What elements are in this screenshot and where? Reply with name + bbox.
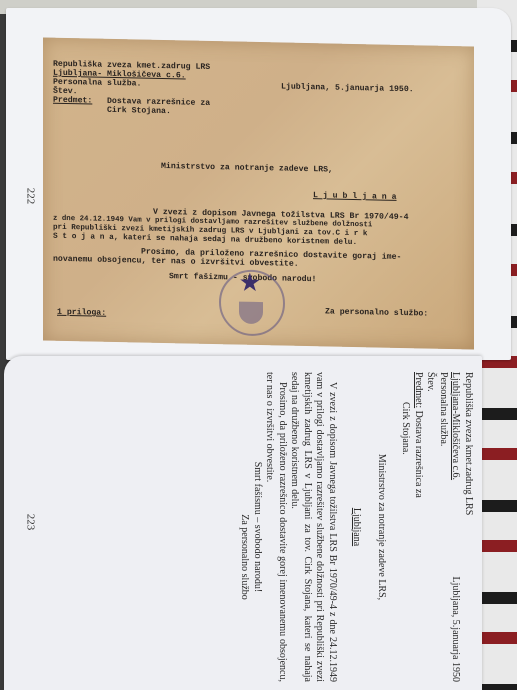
page-number: 222 <box>24 188 36 205</box>
official-stamp: ★ <box>219 269 285 336</box>
transcription: Republiška zveza kmet.zadrug LRS Ljublja… <box>154 362 474 690</box>
doc-attachment: 1 priloga: <box>57 308 106 319</box>
doc-recipient-city: L j u b l j a n a <box>313 191 397 202</box>
transcript-subject-text: Dostava razrešnica za <box>413 411 424 498</box>
shield-icon <box>239 302 263 325</box>
transcript-header-number: Štev. <box>424 372 437 682</box>
transcript-paragraph: Prosimo, da priloženo razrešnico dostavi… <box>263 372 288 682</box>
doc-recipient: Ministrstvo za notranje zadeve LRS, <box>161 162 333 175</box>
doc-signature-label: Za personalno službo: <box>325 307 428 319</box>
scanned-document: Republiška zveza kmet.zadrug LRS Ljublja… <box>43 37 474 349</box>
transcript-slogan: Smrt fašismu – svobodo narodu! <box>251 372 264 682</box>
transcript-header-org: Republiška zveza kmet.zadrug LRS <box>462 372 475 682</box>
book-page-223: 223 Republiška zveza kmet.zadrug LRS Lju… <box>4 356 482 690</box>
transcription-text: Republiška zveza kmet.zadrug LRS Ljublja… <box>238 372 474 682</box>
doc-date: Ljubljana, 5.januarja 1950. <box>281 82 414 94</box>
doc-subject-label: Predmet: <box>53 96 92 106</box>
transcript-paragraph: V zvezi z dopisom Javnega tožilstva LRS … <box>288 372 338 682</box>
doc-subject-name: Cirk Stojana. <box>107 106 171 117</box>
transcript-subject-row: Predmet: Dostava razrešnica za <box>412 372 425 682</box>
star-icon: ★ <box>240 280 260 290</box>
transcript-address-row: Ljubljana-Miklošičeva c.6. Ljubljana, 5.… <box>449 372 462 682</box>
transcript-signature-label: Za personalno službo <box>238 372 251 682</box>
transcript-header-department: Personalna služba. <box>437 372 450 682</box>
transcript-recipient-city: Ljubljana <box>350 372 363 682</box>
page-number: 223 <box>24 514 36 531</box>
transcript-recipient: Ministrstvo za notranje zadeve LRS, <box>375 372 388 682</box>
transcript-header-address: Ljubljana-Miklošičeva c.6. <box>449 372 462 480</box>
transcript-subject-label: Predmet: <box>413 372 424 408</box>
transcript-subject-name: Cirk Stojana. <box>399 372 412 682</box>
transcript-date: Ljubljana, 5.januarja 1950 <box>449 576 462 682</box>
